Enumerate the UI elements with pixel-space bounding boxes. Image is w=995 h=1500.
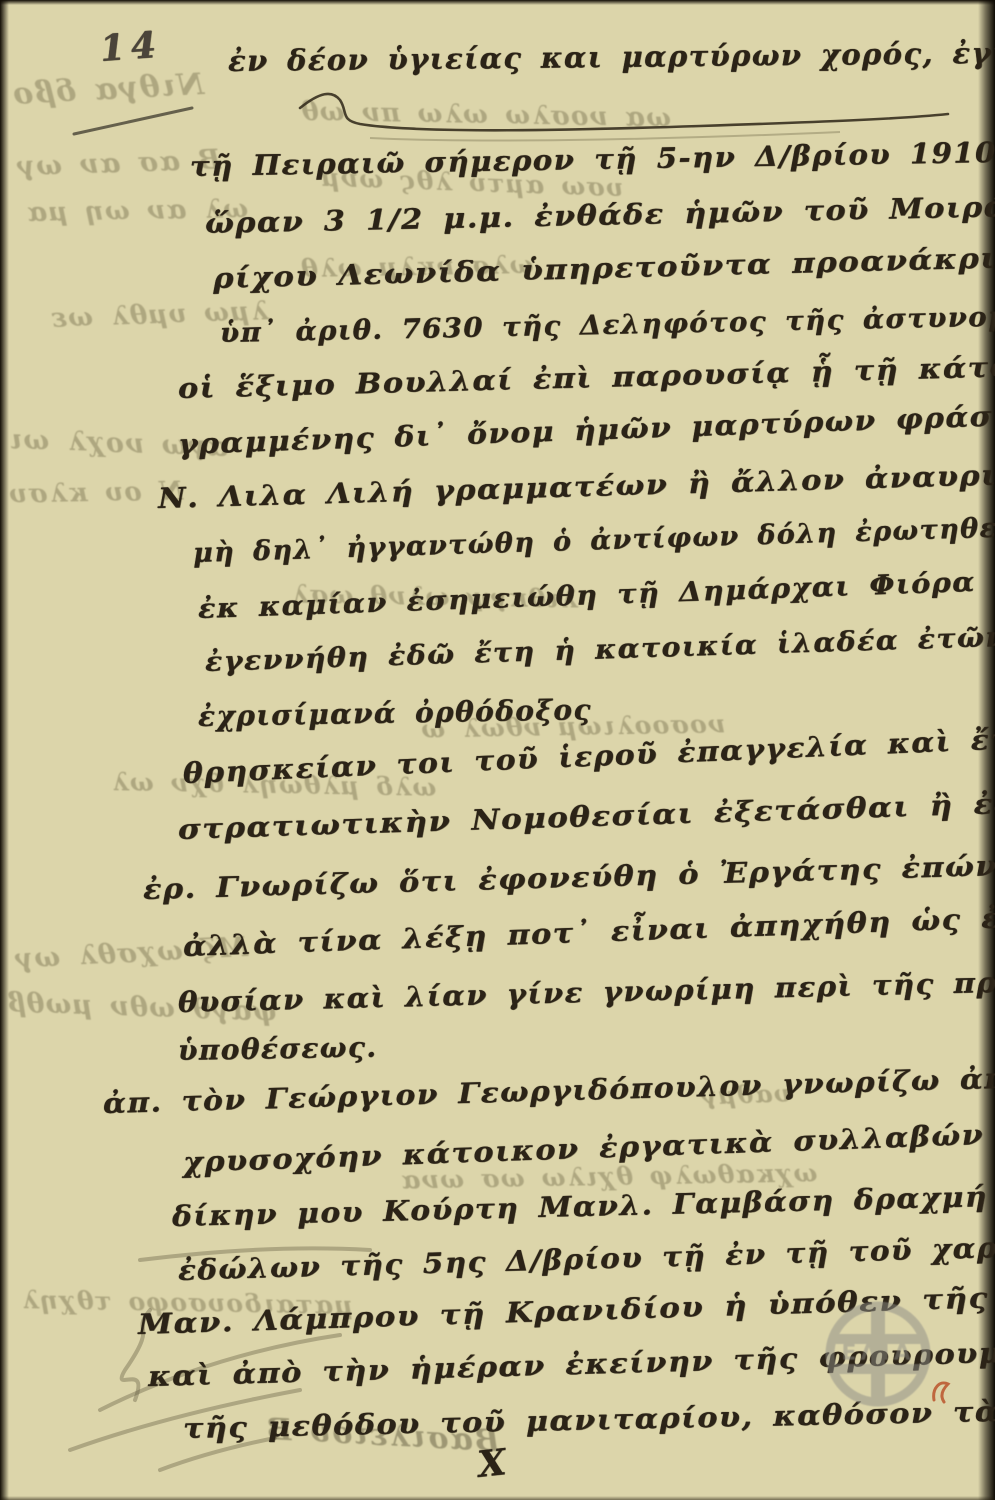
body-line: οἱ ἕξιμο Βουλλαί ἐπὶ παρουσίᾳ ᾗ τῇ κάτωθ… xyxy=(178,343,995,405)
title-flourish xyxy=(280,86,960,146)
manuscript-page: Νιθγα δβο ωα νοσλω ωλω πν ωθ Β ασ αν ωγ … xyxy=(0,0,995,1500)
body-line: θυσίαν καὶ λίαν γίνε γνωρίμη περὶ τῆς πρ… xyxy=(178,961,995,1019)
pencil-stroke-icon xyxy=(70,100,200,140)
body-line: μὴ δηλ᾽ ἠγγαντώθη ὁ ἀντίφων δόλη ἐρωτηθε… xyxy=(193,502,995,569)
body-line: ὑποθέσεως. xyxy=(178,1031,378,1067)
body-line: ἐγεννήθη ἐδῶ ἔτη ἡ κατοικία ἱλαδέα ἐτῶν … xyxy=(205,613,995,678)
red-ink-accent xyxy=(928,1376,954,1406)
body-line: ἐκ καμίαν ἐσημειώθη τῇ Δημάρχαι Φιόρα τὰ… xyxy=(197,558,995,625)
scan-edge-top xyxy=(0,0,995,5)
attestation-x-mark: Χ xyxy=(476,1441,508,1486)
svg-text:ΕΛΙΑ: ΕΛΙΑ xyxy=(841,1341,914,1366)
body-line: ρίχου Λεωνίδα ὑπηρετοῦντα προανάκρισιν ὁ… xyxy=(213,234,995,295)
body-line: ἐρ. Γνωρίζω ὅτι ἐφονεύθη ὁ Ἐργάτης ἐπώνυ… xyxy=(143,841,995,906)
body-line: ὑπ᾽ ἀριθ. 7630 τῆς Δεληφότος τῆς ἀστυνομ… xyxy=(220,295,995,349)
archive-stamp-icon: ΕΛΙΑ xyxy=(816,1298,940,1414)
body-line: ἐχρισίμανά ὀρθόδοξος xyxy=(198,693,592,733)
body-line: ἐδώλων τῆς 5ης Δ/βρίου τῇ ἐν τῇ τοῦ χαρτ… xyxy=(178,1223,995,1287)
page-number: 14 xyxy=(99,24,164,70)
scan-edge-left xyxy=(0,0,9,1500)
document-title: ἐν δέον ὑγιείας και μαρτύρων χορός, ἐγγρ… xyxy=(228,33,995,78)
body-line: Ν. Λιλα Λιλή γραμματέων ἢ ἄλλον ἀναυρισμ… xyxy=(158,450,995,515)
